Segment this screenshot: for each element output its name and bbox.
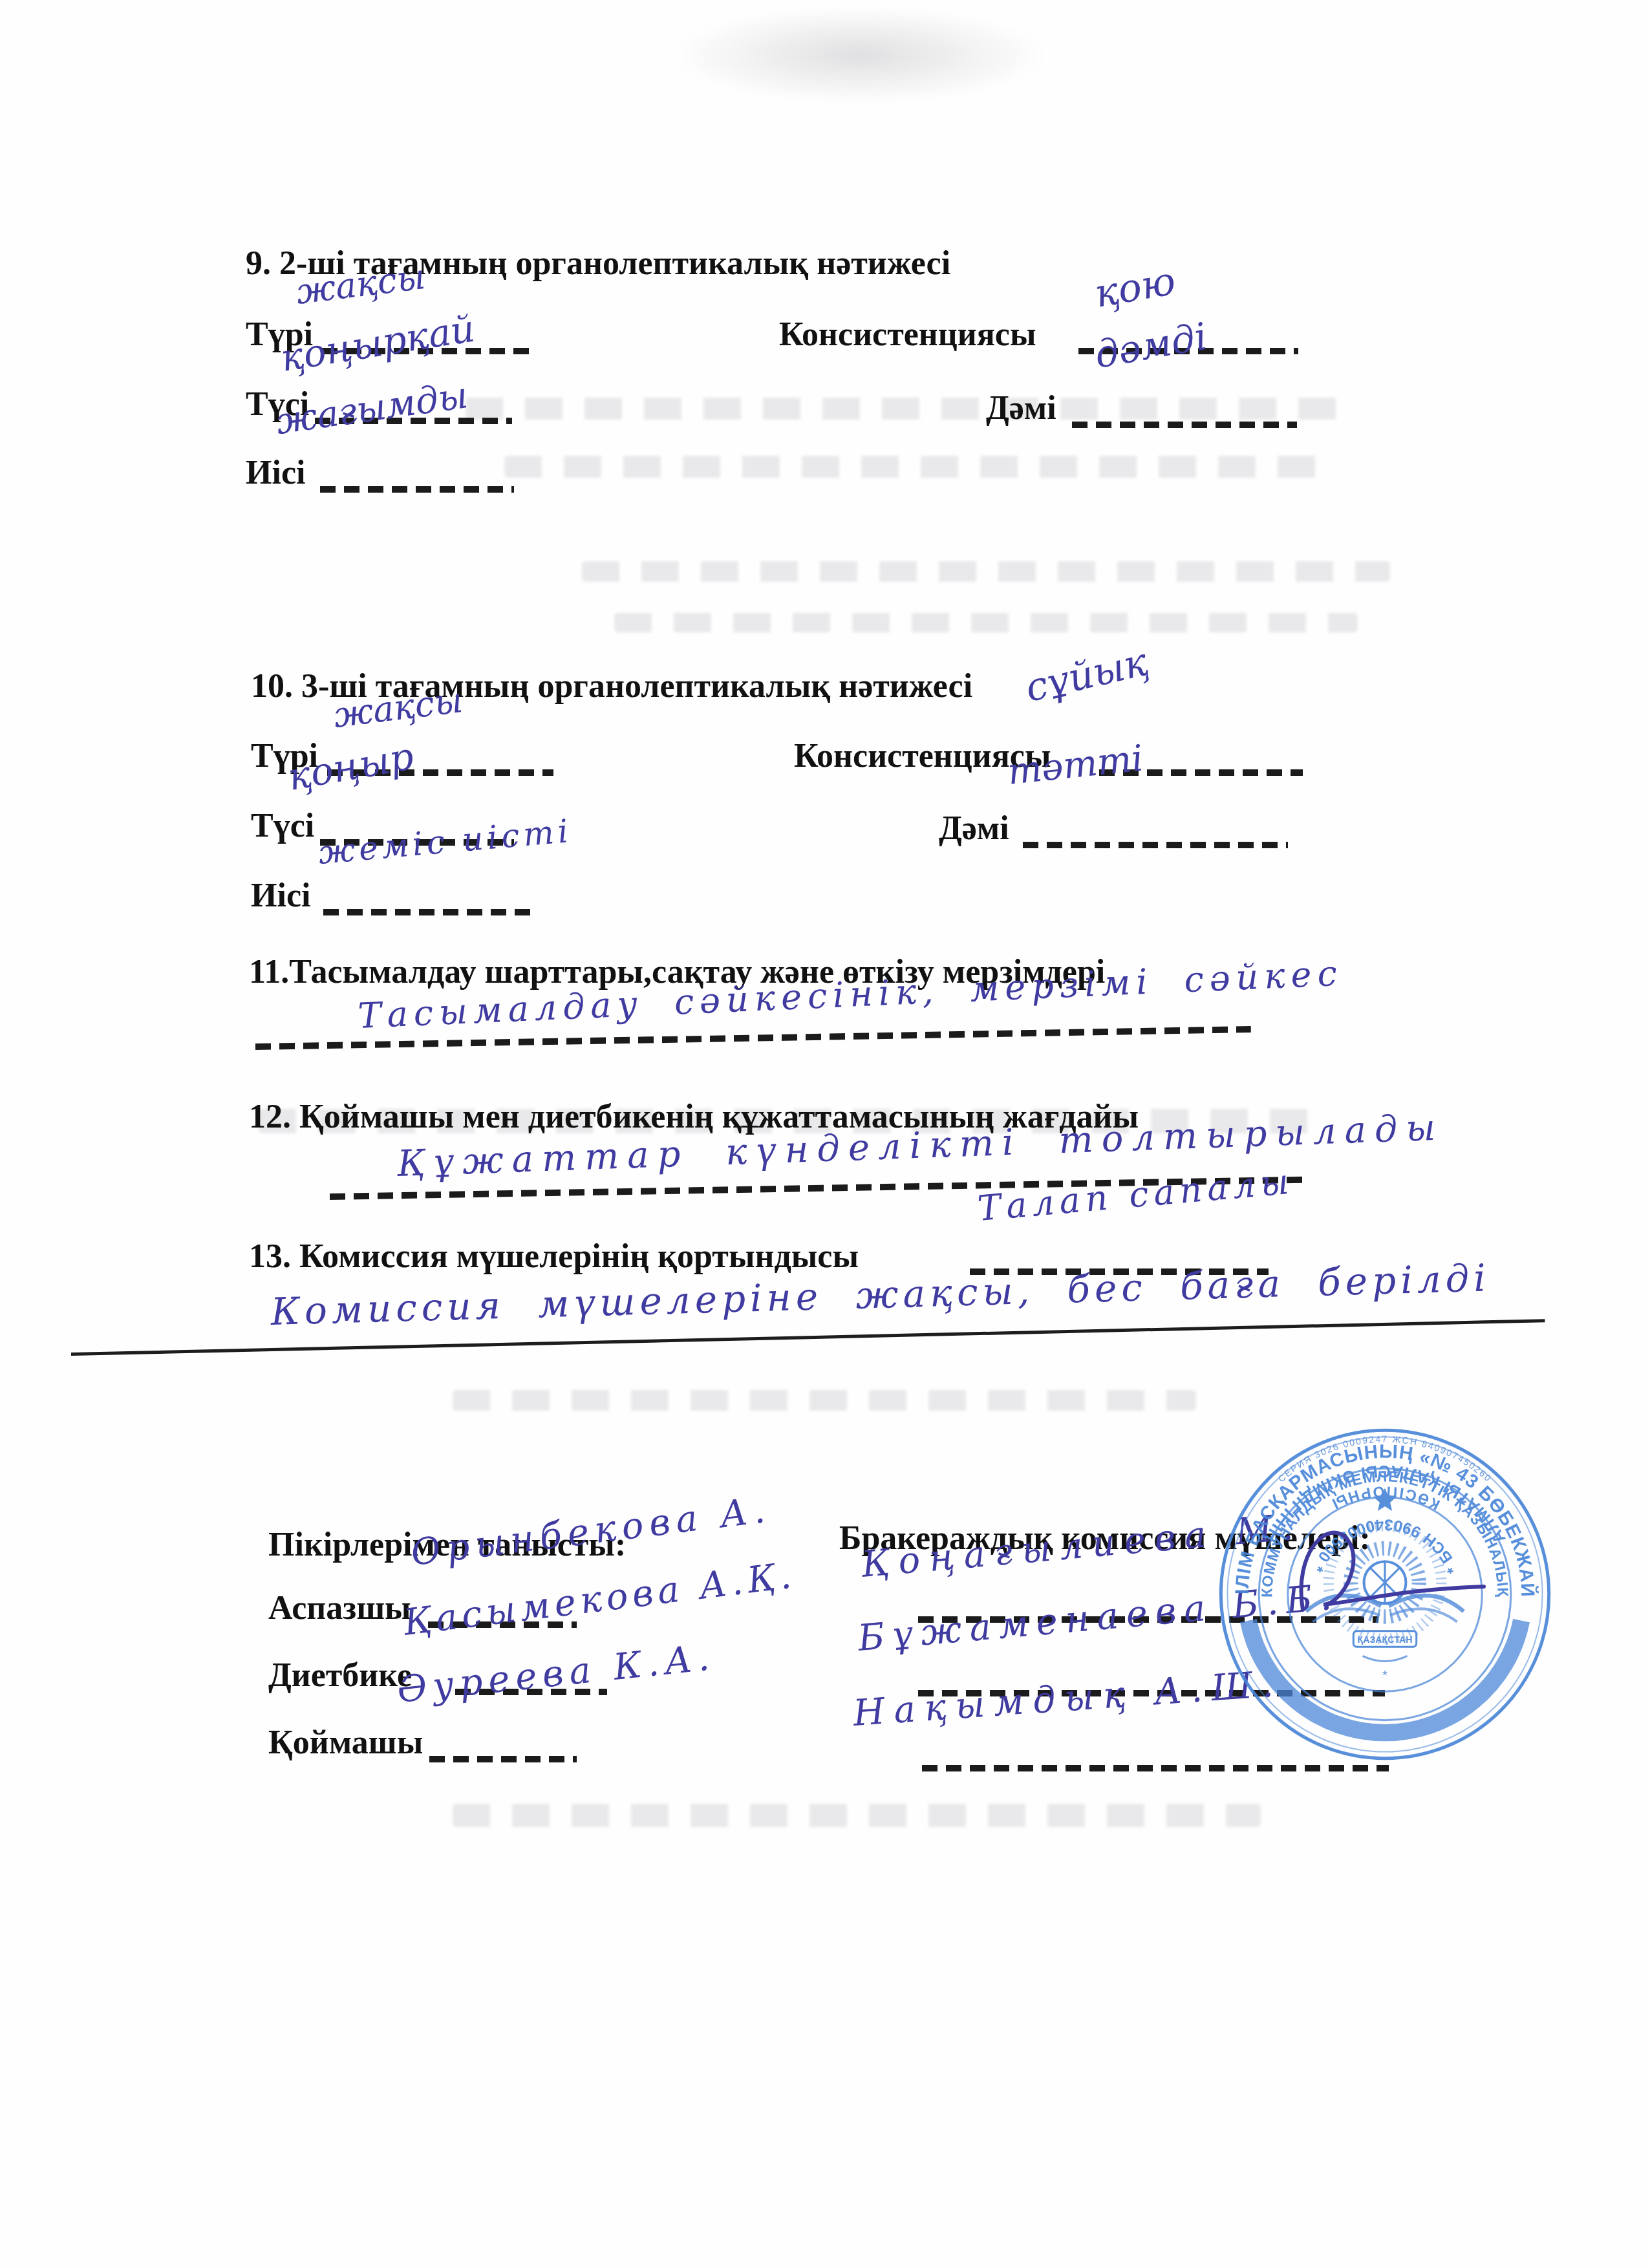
handwritten-konsistenciya-9: қою (1091, 258, 1179, 317)
scanned-document-page: 9. 2-ші тағамның органолептикалық нәтиже… (0, 0, 1650, 2268)
handwritten-konsistenciya-10: сұйық (1021, 639, 1152, 711)
handwritten-dami-9: дәмді (1091, 314, 1210, 377)
bleed-through-artifact (614, 613, 1358, 632)
field-label-iisi-10: Иісі (251, 877, 310, 915)
scan-smudge-top (672, 6, 1047, 103)
handwritten-iisi-9: жағымды (273, 374, 471, 443)
stamp-center-text: ҚАЗАҚСТАН (1358, 1635, 1413, 1645)
field-label-tusi-10: Түсі (251, 807, 314, 845)
fill-line-iisi-9 (320, 486, 514, 493)
fill-line-iisi-10 (323, 909, 537, 915)
bleed-through-artifact (504, 456, 1332, 478)
bleed-through-artifact (453, 1390, 1196, 1411)
fill-line-dami-10 (1023, 842, 1288, 848)
bleed-through-artifact (582, 561, 1390, 582)
bleed-through-artifact (453, 1804, 1261, 1827)
bleed-through-artifact (466, 398, 1358, 420)
signature-line-qoimashy (429, 1756, 577, 1762)
field-label-konsistenciya-9: Консистенциясы (779, 316, 1036, 354)
field-label-dami-10: Дәмі (939, 809, 1009, 848)
section13-title: 13. Комиссия мүшелерінің қортындысы (249, 1237, 859, 1276)
role-label-aspazshy: Аспазшы (268, 1589, 411, 1627)
signature-qoimashy: Әуреева К.А. (395, 1636, 717, 1711)
handwritten-iisi-10: жеміс иісті (317, 812, 573, 872)
role-label-dietbike: Диетбике (268, 1656, 412, 1695)
signature-flourish (1283, 1506, 1497, 1629)
fill-line-dami-9 (1072, 422, 1297, 428)
role-label-qoimashy: Қоймашы (268, 1724, 423, 1762)
field-label-dami-9: Дәмі (986, 389, 1056, 427)
stamp-asterisk: * (1382, 1669, 1387, 1683)
handwritten-section13-inline: Талап сапалы (976, 1161, 1296, 1229)
field-label-iisi-9: Иісі (246, 454, 305, 492)
